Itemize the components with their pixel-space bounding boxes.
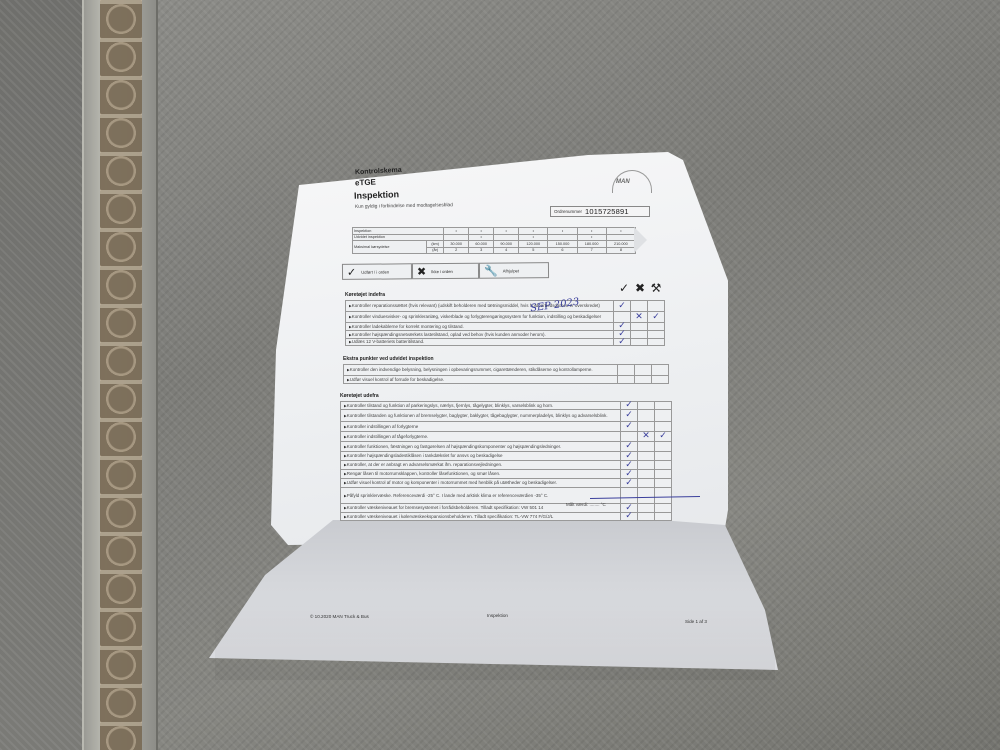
model-name: eTGE xyxy=(355,177,376,187)
fold-shadow xyxy=(215,600,775,680)
legend-fixed: 🔧Afhjulpet xyxy=(479,262,549,279)
not-ok-checkbox[interactable] xyxy=(637,470,654,478)
not-ok-checkbox[interactable] xyxy=(637,513,654,520)
fixed-checkbox[interactable] xyxy=(654,452,671,460)
done-checkbox[interactable]: ✓ xyxy=(613,339,630,345)
fixed-checkbox[interactable] xyxy=(654,504,671,512)
checklist-item-text: Kontroller tilstand og funktion af parke… xyxy=(341,403,620,409)
not-ok-checkbox[interactable] xyxy=(630,323,647,330)
logo-text: MAN xyxy=(616,179,630,185)
document-title: Inspektion xyxy=(354,189,399,201)
done-checkbox[interactable]: ✓ xyxy=(620,461,637,469)
not-ok-checkbox[interactable]: ✕ xyxy=(630,312,647,322)
done-checkbox[interactable]: ✓ xyxy=(620,470,637,478)
not-ok-checkbox[interactable] xyxy=(634,376,651,383)
checklist-item-text: Kontroller den indvendige belysning, bel… xyxy=(344,367,617,373)
not-ok-checkbox[interactable] xyxy=(637,479,654,487)
checklist-item-text: Kontroller højspændingsnetværkets lastet… xyxy=(346,332,613,338)
cross-icon: ✖ xyxy=(417,265,426,278)
done-checkbox[interactable] xyxy=(617,376,634,383)
order-number: 1015725891 xyxy=(585,207,629,216)
done-checkbox[interactable]: ✓ xyxy=(613,301,630,311)
checklist-row: Kontroller indstillingen af forlygterne✓ xyxy=(340,421,672,431)
checklist-item-text: Rengør låsen til motorrumsklappen, kontr… xyxy=(341,471,620,477)
checklist-item-text: Kontroller vinduesvisker- og sprinkleran… xyxy=(346,314,613,320)
done-checkbox[interactable]: ✓ xyxy=(620,442,637,451)
fixed-checkbox[interactable] xyxy=(647,331,664,338)
not-ok-checkbox[interactable] xyxy=(637,422,654,431)
legend-done: ✓Udført / i orden xyxy=(342,263,412,280)
checklist-item-text: Kontroller, at der er anbragt en advarse… xyxy=(341,462,620,468)
checklist-row: Kontroller funktionen, fæstningen og fas… xyxy=(340,441,672,451)
cell: 2 xyxy=(444,247,469,254)
checklist-row: Kontroller væskeniveauet for bremsesyste… xyxy=(340,503,672,512)
checklist-row: Kontroller den indvendige belysning, bel… xyxy=(343,364,669,375)
checklist-row: Rengør låsen til motorrumsklappen, kontr… xyxy=(340,469,672,478)
order-number-box: Ordrenummer 1015725891 xyxy=(550,206,650,217)
done-checkbox[interactable]: ✓ xyxy=(620,410,637,421)
legend: ✓Udført / i orden ✖Ikke i orden 🔧Afhjulp… xyxy=(342,262,549,280)
fixed-checkbox[interactable] xyxy=(647,339,664,345)
order-label: Ordrenummer xyxy=(554,209,582,214)
fixed-checkbox[interactable] xyxy=(654,488,671,503)
cell: 6 xyxy=(548,247,577,254)
footer-copyright: © 10.2020 MAN Truck & Bus xyxy=(310,614,369,619)
fixed-checkbox[interactable] xyxy=(654,402,671,409)
legend-label: Udført / i orden xyxy=(361,269,389,274)
done-checkbox[interactable]: ✓ xyxy=(620,479,637,487)
section-rows: Kontroller den indvendige belysning, bel… xyxy=(343,364,669,384)
checklist-row: Udfør visuel kontrol af motor og kompone… xyxy=(340,478,672,487)
not-ok-checkbox[interactable] xyxy=(630,331,647,338)
wrench-icon: 🔧 xyxy=(484,264,498,277)
fixed-checkbox[interactable]: ✓ xyxy=(654,432,671,441)
measured-value-label: Målt værdi: ........ °C xyxy=(566,502,606,507)
checklist-row: Kontroller indstillingen af tågeforlygte… xyxy=(340,431,672,441)
unit-years: (år) xyxy=(427,247,444,254)
cell: 7 xyxy=(577,247,606,254)
footer-page: Side 1 af 3 xyxy=(685,619,707,624)
check-icon: ✓ xyxy=(347,265,356,278)
done-checkbox[interactable]: ✓ xyxy=(620,513,637,520)
legend-label: Ikke i orden xyxy=(431,268,453,273)
arrow-icon xyxy=(634,227,647,253)
checklist-item-text: Kontroller højspændingsladestiklåsen i t… xyxy=(341,453,620,459)
checklist-item-text: Udlæs 12 V-batteriets batteritilstand. xyxy=(346,339,613,345)
fixed-checkbox[interactable] xyxy=(654,442,671,451)
fixed-checkbox[interactable] xyxy=(651,376,668,383)
checklist-item-text: Kontroller indstillingen af tågeforlygte… xyxy=(341,434,620,440)
done-checkbox[interactable] xyxy=(620,488,637,503)
not-ok-checkbox[interactable] xyxy=(630,339,647,345)
section-title: Ekstra punkter ved udvidet inspektion xyxy=(343,356,434,362)
section-rows: Kontroller reparationssættet (hvis relev… xyxy=(345,300,665,346)
done-checkbox[interactable] xyxy=(620,432,637,441)
checklist-row: Kontroller højspændingsladestiklåsen i t… xyxy=(340,451,672,460)
not-ok-checkbox[interactable] xyxy=(634,365,651,375)
fixed-checkbox[interactable] xyxy=(651,365,668,375)
fixed-checkbox[interactable]: ✓ xyxy=(647,312,664,322)
cell: 8 xyxy=(606,247,635,254)
checklist-row: Kontroller højspændingsnetværkets lastet… xyxy=(345,330,665,338)
cell: 4 xyxy=(494,247,519,254)
checklist-row: Kontroller ladekablerne for korrekt mont… xyxy=(345,322,665,330)
wrench-icon: ⚒ xyxy=(648,281,664,295)
fixed-checkbox[interactable] xyxy=(654,422,671,431)
checklist-row: Påfyld sprinklervæske. Referenceværdi -2… xyxy=(340,487,672,503)
section-title: Køretøjet indefra xyxy=(345,292,385,298)
checklist-item-text: Kontroller tilstanden og funktionen af b… xyxy=(341,413,620,419)
row-label-max: Maksimal kørsydelse xyxy=(353,241,427,254)
header-small: Kontrolskema xyxy=(355,167,402,176)
not-ok-checkbox[interactable] xyxy=(637,442,654,451)
legend-label: Afhjulpet xyxy=(503,268,519,273)
not-ok-checkbox[interactable] xyxy=(637,488,654,503)
checklist-item-text: Påfyld sprinklervæske. Referenceværdi -2… xyxy=(341,493,620,499)
cross-icon: ✖ xyxy=(632,281,648,295)
checklist-row: Kontroller tilstand og funktion af parke… xyxy=(340,401,672,409)
checklist-item-text: Kontroller ladekablerne for korrekt mont… xyxy=(346,324,613,330)
not-ok-checkbox[interactable] xyxy=(637,504,654,512)
checklist-item-text: Kontroller væskeniveauet i kølervæskeeks… xyxy=(341,514,620,520)
interval-table: Inspektion ••••••• Udvidet inspektion ••… xyxy=(352,227,636,254)
fixed-checkbox[interactable] xyxy=(654,461,671,469)
fixed-checkbox[interactable] xyxy=(654,513,671,520)
column-headers: ✓ ✖ ⚒ xyxy=(616,281,664,295)
cell: 3 xyxy=(469,247,494,254)
cell: 5 xyxy=(519,247,548,254)
legend-not-ok: ✖Ikke i orden xyxy=(412,263,479,280)
checklist-item-text: Kontroller funktionen, fæstningen og fas… xyxy=(341,444,620,450)
section-rows: Kontroller tilstand og funktion af parke… xyxy=(340,401,672,521)
checklist-row: Udlæs 12 V-batteriets batteritilstand.✓ xyxy=(345,338,665,346)
not-ok-checkbox[interactable] xyxy=(637,402,654,409)
fixed-checkbox[interactable] xyxy=(654,410,671,421)
fixed-checkbox[interactable] xyxy=(647,301,664,311)
fixed-checkbox[interactable] xyxy=(654,470,671,478)
checklist-row: Udfør visuel kontrol af forrude for besk… xyxy=(343,375,669,384)
checklist-item-text: Udfør visuel kontrol af motor og kompone… xyxy=(341,480,620,486)
done-checkbox[interactable]: ✓ xyxy=(620,402,637,409)
not-ok-checkbox[interactable] xyxy=(637,452,654,460)
not-ok-checkbox[interactable]: ✕ xyxy=(637,432,654,441)
checklist-row: Kontroller tilstanden og funktionen af b… xyxy=(340,409,672,421)
checklist-item-text: Udfør visuel kontrol af forrude for besk… xyxy=(344,377,617,383)
not-ok-checkbox[interactable] xyxy=(630,301,647,311)
check-icon: ✓ xyxy=(616,281,632,295)
not-ok-checkbox[interactable] xyxy=(637,410,654,421)
inspection-document: Kontrolskema eTGE Inspektion Kun gyldig … xyxy=(0,0,1000,750)
checklist-item-text: Kontroller indstillingen af forlygterne xyxy=(341,424,620,430)
section-title: Køretøjet udefra xyxy=(340,393,379,399)
fixed-checkbox[interactable] xyxy=(647,323,664,330)
checklist-row: Kontroller vinduesvisker- og sprinkleran… xyxy=(345,311,665,322)
checklist-row: Kontroller reparationssættet (hvis relev… xyxy=(345,300,665,311)
fixed-checkbox[interactable] xyxy=(654,479,671,487)
done-checkbox[interactable]: ✓ xyxy=(620,452,637,460)
done-checkbox[interactable]: ✓ xyxy=(620,422,637,431)
checklist-row: Kontroller, at der er anbragt en advarse… xyxy=(340,460,672,469)
not-ok-checkbox[interactable] xyxy=(637,461,654,469)
done-checkbox[interactable] xyxy=(617,365,634,375)
checklist-row: Kontroller væskeniveauet i kølervæskeeks… xyxy=(340,512,672,521)
footer-center: Inspektion xyxy=(487,613,508,618)
